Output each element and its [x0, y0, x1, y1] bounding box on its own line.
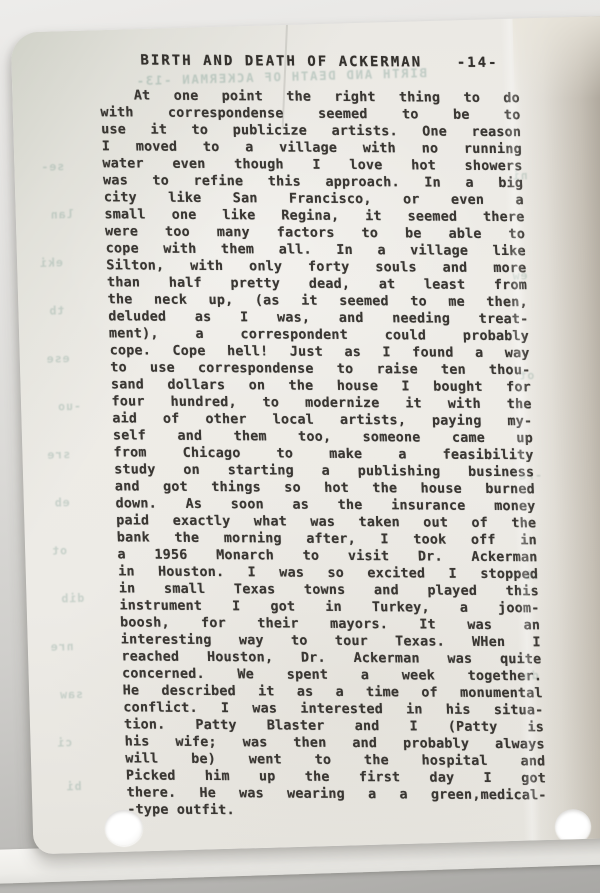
document-body: At one point the right thing to dowith c…	[100, 87, 548, 821]
bleedthrough-fragment: dib	[60, 591, 84, 606]
bleedthrough-fragment: tb	[48, 303, 64, 317]
document-title: BIRTH AND DEATH OF ACKERMAN	[140, 53, 422, 72]
bleedthrough-fragment: ese	[46, 351, 70, 366]
bleedthrough-fragment: sre	[46, 447, 70, 462]
page-curl-fade	[512, 16, 600, 101]
bleedthrough-fragment: -uo	[57, 399, 81, 414]
document-page: BIRTH AND DEATH OF ACKERMAN -13- se-lane…	[11, 16, 600, 855]
photo-backdrop: BIRTH AND DEATH OF ACKERMAN -13- se-lane…	[0, 0, 600, 893]
bleedthrough-fragment: lan	[50, 207, 74, 222]
page-number: -14-	[456, 55, 498, 72]
bleedthrough-fragment: saw	[59, 687, 83, 702]
bleedthrough-fragment: se-	[40, 159, 64, 174]
bleedthrough-fragment: eki	[39, 255, 63, 270]
bleedthrough-fragment: ci	[56, 735, 72, 749]
text-line: -type outfit.	[127, 801, 548, 821]
document-content: BIRTH AND DEATH OF ACKERMAN -14- At one …	[98, 52, 547, 821]
bleedthrough-fragment: ot	[51, 543, 67, 557]
document-header: BIRTH AND DEATH OF ACKERMAN -14-	[98, 52, 519, 72]
bleedthrough-fragment: eb	[54, 495, 70, 509]
bleedthrough-fragment: bi	[66, 779, 82, 793]
bleedthrough-fragment: nre	[50, 639, 74, 654]
punch-hole-left	[104, 809, 143, 846]
